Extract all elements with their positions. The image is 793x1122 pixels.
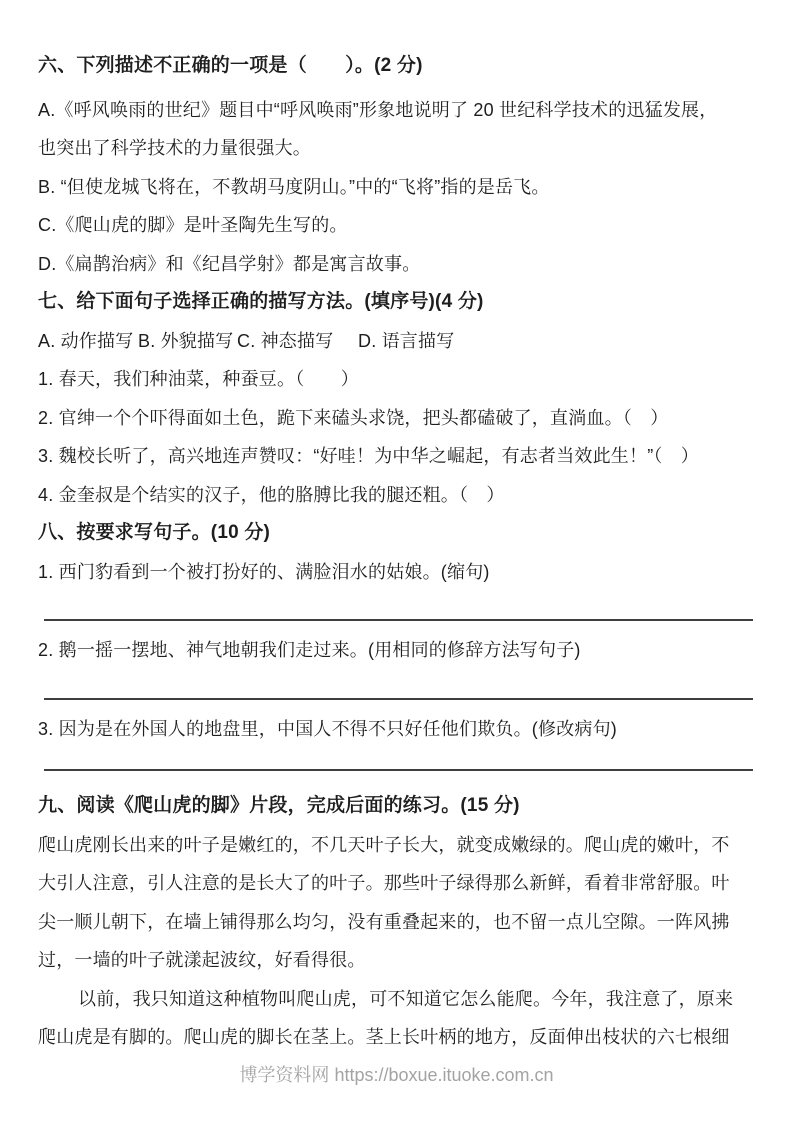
section-9-paragraph-2-line-2: 爬山虎是有脚的。爬山虎的脚长在茎上。茎上长叶柄的地方，反面伸出枝状的六七根细 [38, 1018, 755, 1057]
section-6-option-d: D.《扁鹊治病》和《纪昌学射》都是寓言故事。 [38, 245, 755, 284]
section-9-paragraph-1-line-1: 爬山虎刚长出来的叶子是嫩红的，不几天叶子长大，就变成嫩绿的。爬山虎的嫩叶，不 [38, 826, 755, 865]
section-6-option-a-line-1: A.《呼风唤雨的世纪》题目中“呼风唤雨”形象地说明了 20 世纪科学技术的迅猛发… [38, 91, 755, 130]
section-6-option-a-line-2: 也突出了科学技术的力量很强大。 [38, 129, 755, 168]
section-6-heading: 六、下列描述不正确的一项是（ ）。(2 分) [38, 47, 755, 86]
section-6-option-b: B. “但使龙城飞将在，不教胡马度阴山。”中的“飞将”指的是岳飞。 [38, 168, 755, 207]
exam-content: 六、下列描述不正确的一项是（ ）。(2 分) A.《呼风唤雨的世纪》题目中“呼风… [38, 47, 755, 1090]
section-8-item-3: 3. 因为是在外国人的地盘里，中国人不得不只好任他们欺负。(修改病句) [38, 710, 755, 749]
section-9-paragraph-1-line-2: 大引人注意，引人注意的是长大了的叶子。那些叶子绿得那么新鲜，看着非常舒服。叶 [38, 864, 755, 903]
section-9-paragraph-2-line-1: 以前，我只知道这种植物叫爬山虎，可不知道它怎么能爬。今年，我注意了，原来 [38, 980, 755, 1019]
answer-blank-line-1 [44, 619, 753, 621]
section-7-option-c: C. 神态描写 [237, 322, 333, 361]
section-9-paragraph-1-line-4: 过，一墙的叶子就漾起波纹，好看得很。 [38, 941, 755, 980]
section-7-option-d: D. 语言描写 [358, 322, 454, 361]
section-8-heading: 八、按要求写句子。(10 分) [38, 514, 755, 553]
section-8-item-1: 1. 西门豹看到一个被打扮好的、满脸泪水的姑娘。(缩句) [38, 553, 755, 592]
site-watermark: 博学资料网 https://boxue.ituoke.com.cn [38, 1060, 755, 1090]
section-8-item-2: 2. 鹅一摇一摆地、神气地朝我们走过来。(用相同的修辞方法写句子) [38, 631, 755, 670]
section-7-item-2: 2. 官绅一个个吓得面如土色，跪下来磕头求饶，把头都磕破了，直淌血。（ ） [38, 399, 755, 438]
section-7-item-4: 4. 金奎叔是个结实的汉子，他的胳膊比我的腿还粗。（ ） [38, 476, 755, 515]
section-7-item-3: 3. 魏校长听了，高兴地连声赞叹：“好哇！为中华之崛起，有志者当效此生！”（ ） [38, 437, 755, 476]
answer-blank-line-3 [44, 769, 753, 771]
answer-blank-line-2 [44, 698, 753, 700]
exam-page: 六、下列描述不正确的一项是（ ）。(2 分) A.《呼风唤雨的世纪》题目中“呼风… [0, 0, 793, 1122]
section-9-heading: 九、阅读《爬山虎的脚》片段，完成后面的练习。(15 分) [38, 787, 755, 826]
section-7-option-a: A. 动作描写 [38, 322, 133, 361]
section-7-options-row: A. 动作描写 B. 外貌描写 C. 神态描写 D. 语言描写 [38, 322, 755, 361]
section-7-item-1: 1. 春天，我们种油菜，种蚕豆。（ ） [38, 360, 755, 399]
section-6-option-c: C.《爬山虎的脚》是叶圣陶先生写的。 [38, 206, 755, 245]
section-7-option-b: B. 外貌描写 [138, 322, 233, 361]
section-7-heading: 七、给下面句子选择正确的描写方法。(填序号)(4 分) [38, 283, 755, 322]
section-9-paragraph-1-line-3: 尖一顺儿朝下，在墙上铺得那么均匀，没有重叠起来的，也不留一点儿空隙。一阵风拂 [38, 903, 755, 942]
